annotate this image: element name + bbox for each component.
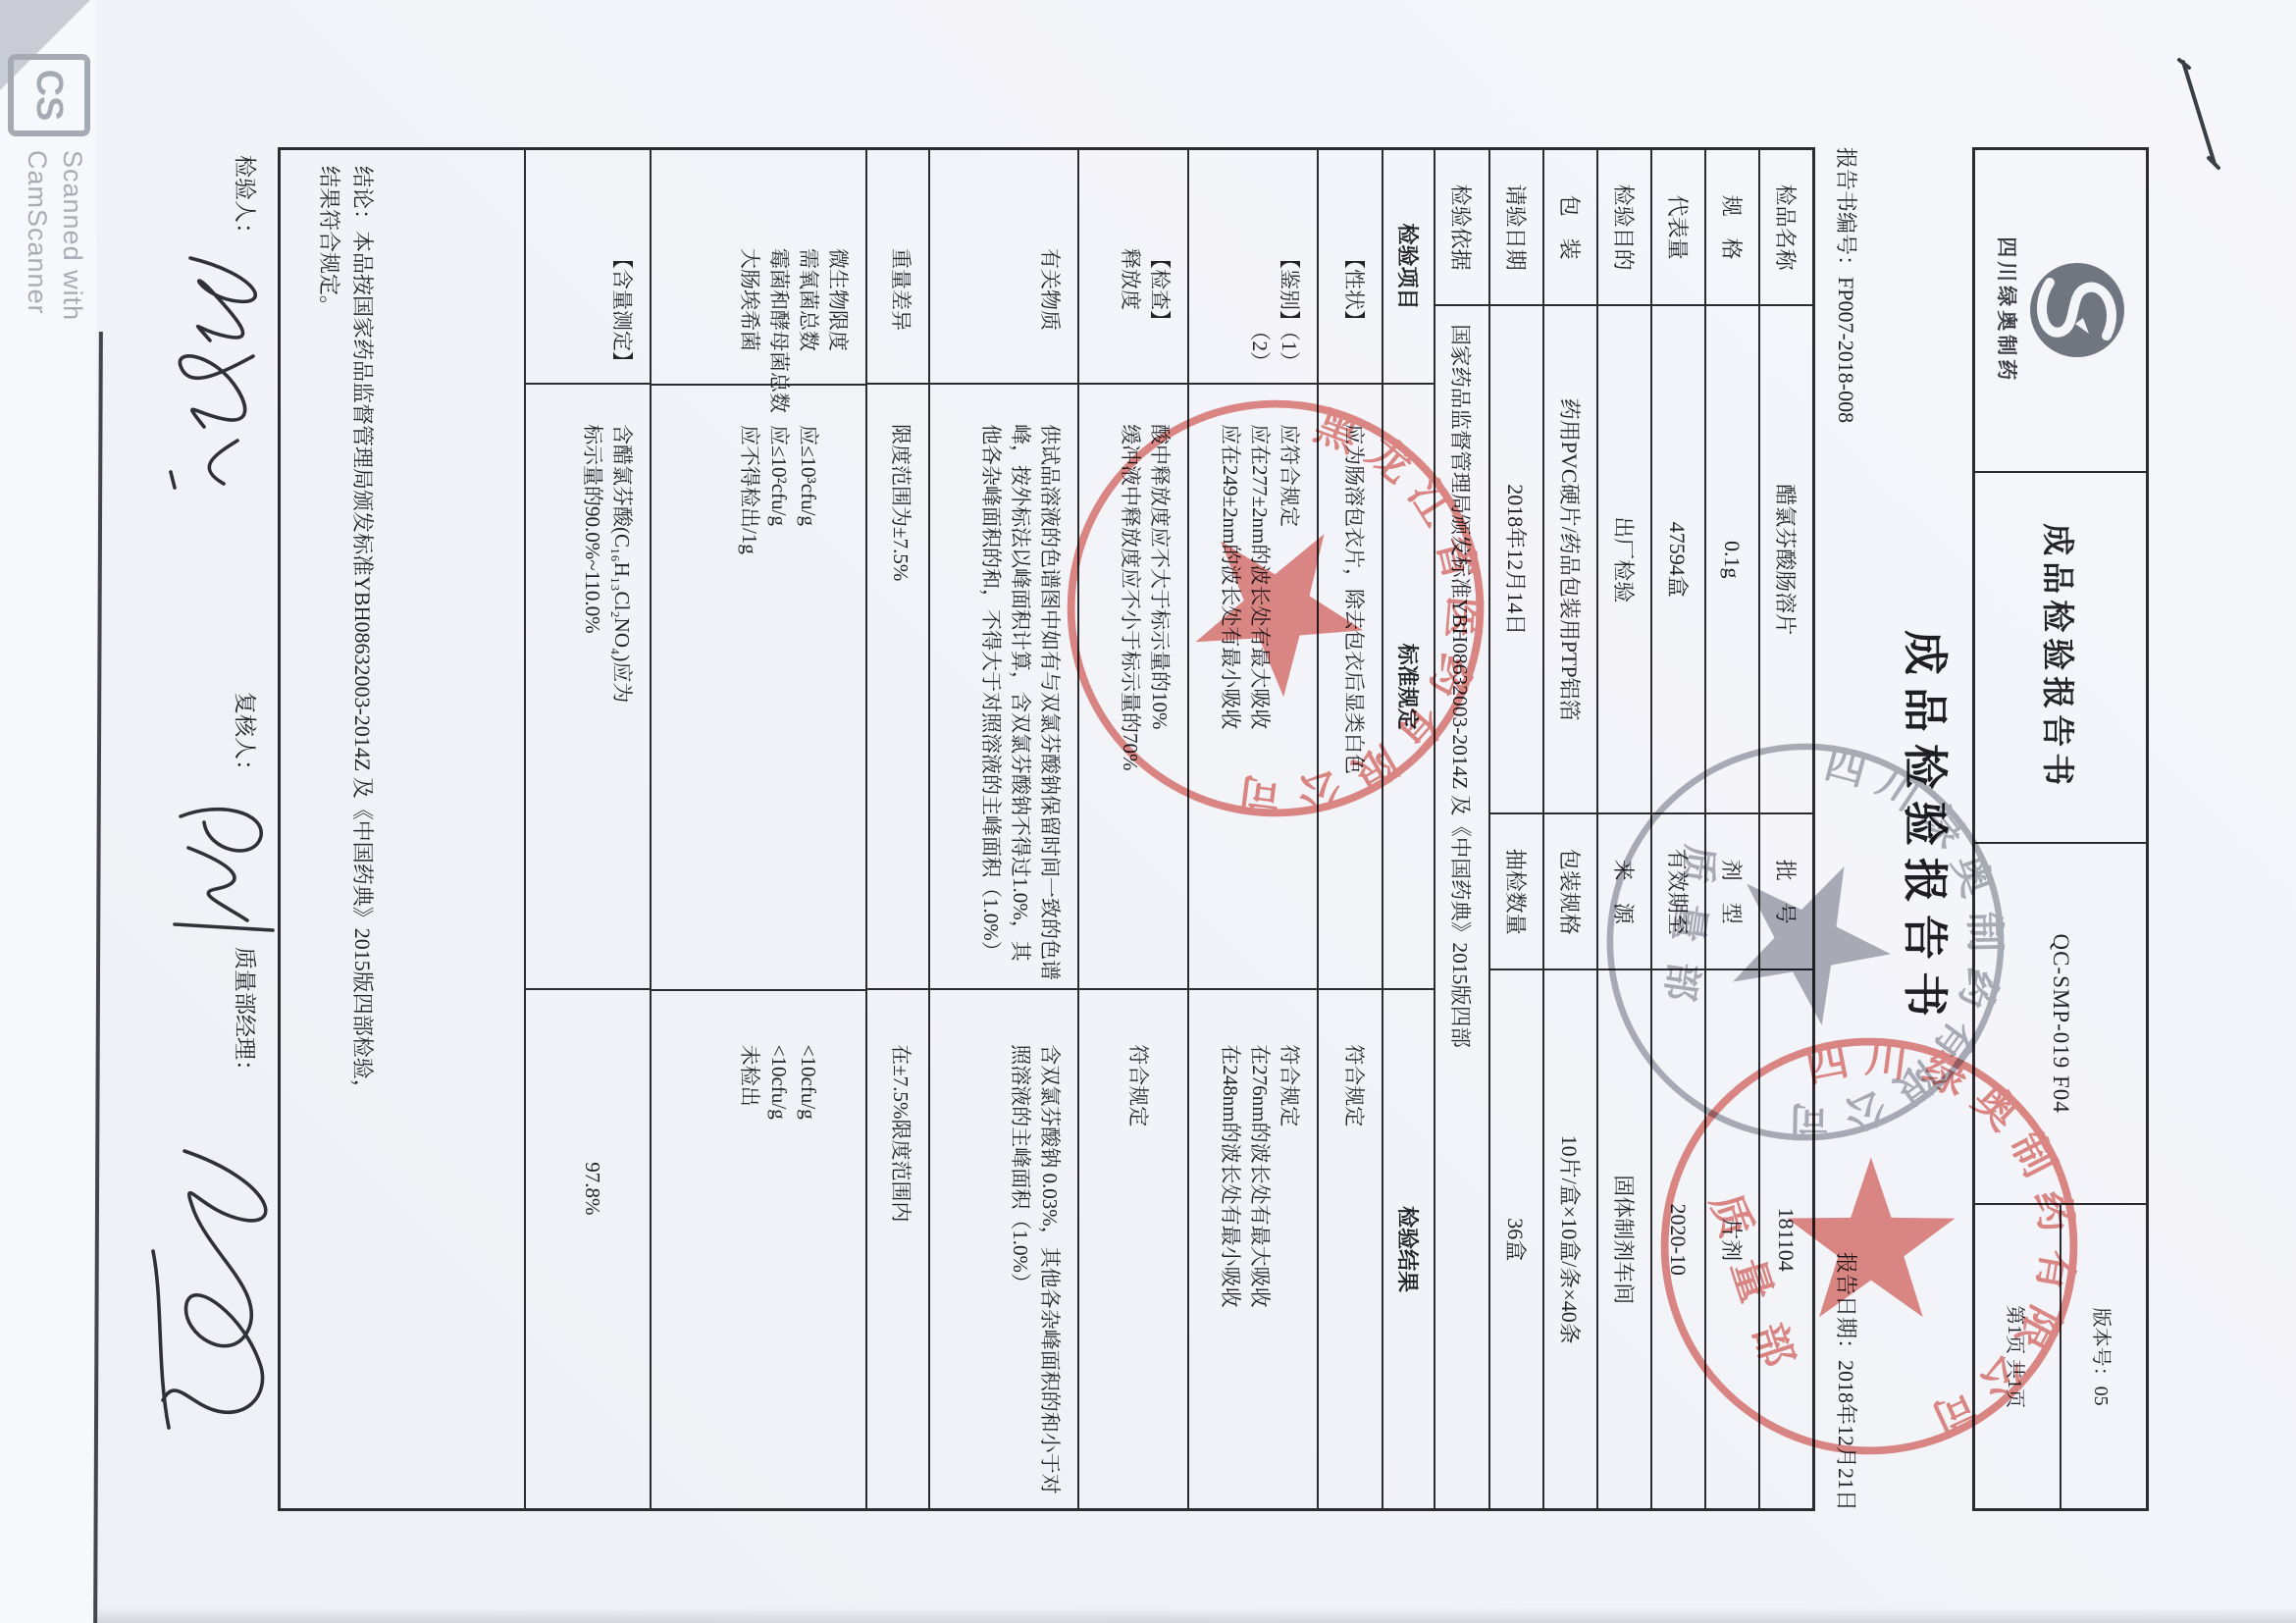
standard-text: 应≤10³cfu/g: [794, 425, 823, 981]
item-label: 重量差异: [886, 248, 915, 375]
result-row: 微生物限度 需氧菌总数 霉菌和酵母菌总数 大肠埃希菌 应≤10³cfu/g 应≤…: [650, 150, 865, 1508]
info-label: 代表量: [1652, 150, 1704, 306]
result-row: 有关物质 供试品溶液的色谱图中如有与双氯芬酸钠保留时间一致的色谱峰，按外标法以峰…: [928, 150, 1077, 1508]
result-text: <10cfu/g: [794, 1045, 823, 1500]
star-icon: [1729, 854, 1903, 1034]
result-text: 符合规定: [1339, 1044, 1369, 1500]
info-label: 检验目的: [1598, 150, 1650, 306]
result-text: 在248nm的波长处有最小吸收: [1216, 1044, 1245, 1500]
standard-text: 应≤10²cfu/g: [764, 425, 794, 981]
conclusion-row: 结论：本品按国家药品监督管理局颁发标准YBH08632003-2014Z 及《中…: [281, 150, 524, 1508]
watermark-line: CamScanner: [20, 150, 55, 321]
info-value: 36盒: [1490, 970, 1542, 1508]
signature-strip: 检验人： 复核人： 质量部经理：: [63, 147, 269, 1521]
watermark-line: Scanned with: [55, 150, 90, 321]
report-number: 报告书编号：FP007-2018-008: [1832, 147, 1862, 423]
item-label: 大肠埃希菌: [735, 248, 764, 376]
standard-text: 含醋氯芬酸(C₁₆H₁₃Cl₂NO₄)应为: [607, 424, 637, 980]
item-label: 【含量测定】: [607, 248, 637, 375]
info-label: 规 格: [1706, 150, 1758, 306]
result-text: 未检出: [735, 1045, 764, 1500]
table-row: 包 装 药用PVC硬片/药品包装用PTP铝箔 包装规格 10片/盒×10盒/条×…: [1542, 150, 1596, 1508]
table-row: 请验日期 2018年12月14日 抽检数量 36盒: [1488, 150, 1542, 1508]
camscanner-watermark: CS Scanned with CamScanner: [8, 54, 90, 321]
item-label: 【鉴别】（1）: [1275, 248, 1304, 375]
result-row: 重量差异 限度范围为±7.5% 在±7.5%限度范围内: [865, 150, 928, 1508]
item-label: 有关物质: [1035, 248, 1065, 375]
camscanner-logo-icon: CS: [8, 54, 90, 136]
stamp-dept-text: 质 量 部: [1656, 842, 1722, 1009]
item-label: 微生物限度: [823, 248, 853, 376]
company-name: 四川绿奥制药: [1993, 236, 2022, 384]
manager-signature: [124, 1133, 310, 1457]
col-header-result: 检验结果: [1383, 990, 1434, 1508]
basis-label: 检验依据: [1435, 150, 1488, 306]
document-page: 四川绿奥制药 成品检验报告书 QC-SMP-019 F04 版本号：05 第1页…: [0, 0, 2296, 1623]
info-label: 包装规格: [1544, 814, 1596, 970]
result-text: 符合规定: [1123, 1044, 1153, 1126]
company-logo-cell: 四川绿奥制药: [1975, 150, 2146, 473]
main-table: 检品名称 醋氯芬酸肠溶片 批 号 181104 规 格 0.1g 剂 型 片剂 …: [278, 147, 1815, 1511]
col-header-item: 检验项目: [1383, 150, 1434, 385]
result-text: <10cfu/g: [764, 1045, 794, 1500]
conclusion-cell: 结论：本品按国家药品监督管理局颁发标准YBH08632003-2014Z 及《中…: [281, 150, 524, 1508]
result-row: 【含量测定】 含醋氯芬酸(C₁₆H₁₃Cl₂NO₄)应为 标示量的90.0%~1…: [524, 150, 650, 1508]
result-text: 在276nm的波长处有最大吸收: [1245, 1044, 1275, 1500]
info-label: 抽检数量: [1490, 814, 1542, 970]
item-label: （2）: [1245, 248, 1275, 375]
standard-text: 应不得检出/1g: [735, 425, 764, 981]
info-label: 检品名称: [1760, 150, 1812, 306]
result-text: 97.8%: [578, 1044, 607, 1215]
result-text: 在±7.5%限度范围内: [886, 1044, 915, 1500]
stamp-dept-text: 质 量 部: [1701, 1188, 1803, 1380]
star-icon: [1188, 510, 1383, 711]
conclusion-line: 结果符合规定。: [312, 166, 345, 1498]
scanned-report-viewport: 四川绿奥制药 成品检验报告书 QC-SMP-019 F04 版本号：05 第1页…: [0, 0, 2296, 1623]
item-label: 【性状】: [1339, 248, 1369, 375]
reviewer-signature: [151, 783, 298, 950]
info-label: 请验日期: [1490, 150, 1542, 306]
standard-text: 标示量的90.0%~110.0%: [578, 424, 607, 980]
reviewer-label: 复核人：: [231, 692, 263, 782]
standard-text: 限度范围为±7.5%: [886, 424, 915, 980]
item-label: 需氧菌总数: [794, 248, 823, 376]
scan-edge-shadow: [0, 1607, 2296, 1623]
result-text: 含双氯芬酸钠 0.03%，其他各杂峰面积的和小于对照溶液的主峰面积（1.0%）: [1006, 1044, 1065, 1500]
info-label: 包 装: [1544, 150, 1596, 306]
result-text: [823, 1045, 853, 1500]
inspector-label: 检验人：: [231, 155, 263, 245]
info-value: 药用PVC硬片/药品包装用PTP铝箔: [1544, 306, 1596, 814]
manager-label: 质量部经理：: [231, 947, 263, 1082]
inspector-signature: [149, 240, 306, 505]
company-logo-icon: [2026, 259, 2128, 361]
pen-mark: [2173, 54, 2222, 182]
star-icon: [1777, 1138, 1981, 1347]
conclusion-line: 结论：本品按国家药品监督管理局颁发标准YBH08632003-2014Z 及《中…: [345, 166, 379, 1498]
item-label: 霉菌和酵母菌总数: [764, 248, 794, 376]
standard-text: [823, 425, 853, 981]
result-text: 符合规定: [1275, 1044, 1304, 1500]
